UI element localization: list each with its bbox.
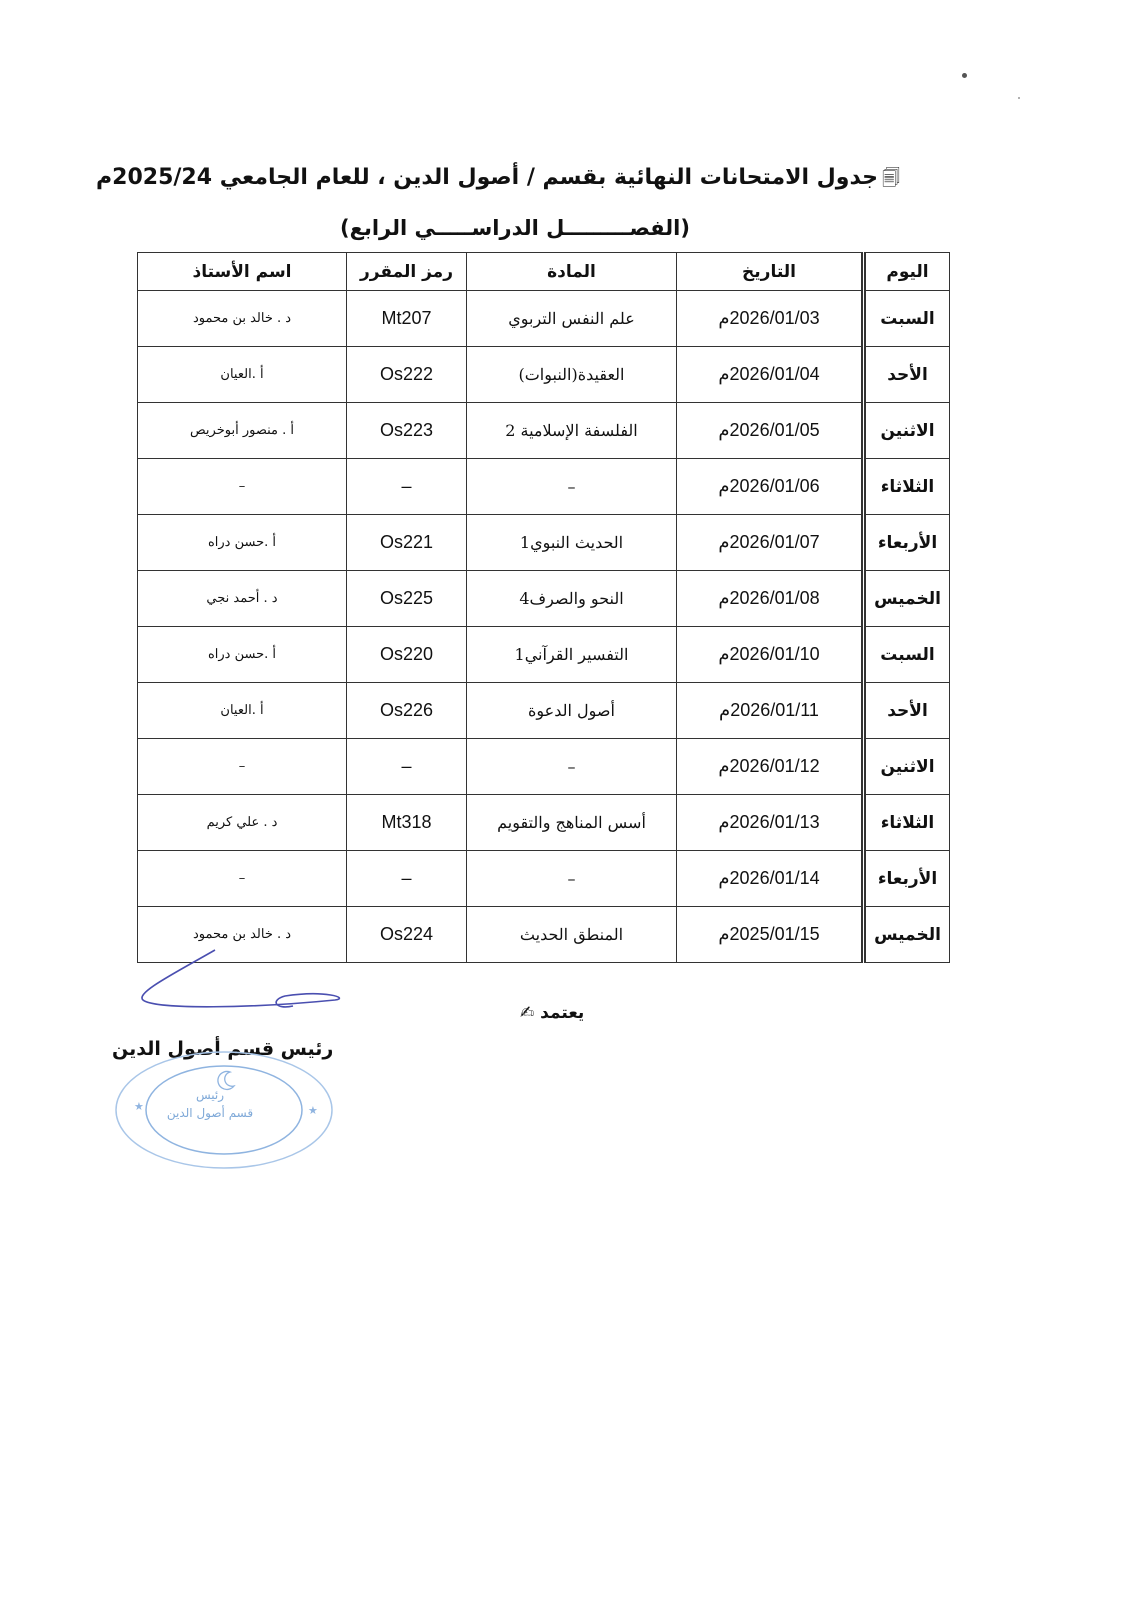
cell-teacher: أ .العيان xyxy=(138,347,347,403)
table-row: الاثنين2026/01/12م––– xyxy=(138,739,950,795)
cell-date: 2026/01/08م xyxy=(677,571,864,627)
cell-date: 2025/01/15م xyxy=(677,907,864,963)
cell-day: الأحد xyxy=(864,683,950,739)
table-row: الخميس2026/01/08مالنحو والصرف4Os225د . أ… xyxy=(138,571,950,627)
table-row: الأحد2026/01/04مالعقيدة(النبوات)Os222أ .… xyxy=(138,347,950,403)
svg-text:★: ★ xyxy=(134,1100,144,1113)
cell-teacher: أ . منصور أبوخريص xyxy=(138,403,347,459)
cell-course-code: – xyxy=(347,851,467,907)
cell-subject: – xyxy=(467,739,677,795)
cell-day: الاثنين xyxy=(864,403,950,459)
scan-speck xyxy=(962,73,967,78)
cell-date: 2026/01/03م xyxy=(677,291,864,347)
stamp-text-line-1: رئيس xyxy=(150,1088,270,1102)
cell-subject: علم النفس التربوي xyxy=(467,291,677,347)
cell-teacher: أ .حسن دراه xyxy=(138,627,347,683)
cell-day: السبت xyxy=(864,291,950,347)
semester-subtitle: (الفصـــــــــل الدراســـــي الرابع) xyxy=(130,216,900,240)
cell-course-code: – xyxy=(347,739,467,795)
cell-subject: أسس المناهج والتقويم xyxy=(467,795,677,851)
cell-teacher: – xyxy=(138,851,347,907)
cell-subject: – xyxy=(467,851,677,907)
cell-teacher: أ .حسن دراه xyxy=(138,515,347,571)
cell-course-code: Os221 xyxy=(347,515,467,571)
cell-course-code: Os226 xyxy=(347,683,467,739)
cell-date: 2026/01/12م xyxy=(677,739,864,795)
table-row: السبت2026/01/03معلم النفس التربويMt207د … xyxy=(138,291,950,347)
cell-day: الخميس xyxy=(864,907,950,963)
cell-course-code: Mt207 xyxy=(347,291,467,347)
table-row: الأحد2026/01/11مأصول الدعوةOs226أ .العيا… xyxy=(138,683,950,739)
cell-subject: المنطق الحديث xyxy=(467,907,677,963)
document-title: 🗐جدول الامتحانات النهائية بقسم / أصول ال… xyxy=(130,165,900,196)
cell-day: الأربعاء xyxy=(864,851,950,907)
table-header-row: اليوم التاريخ المادة رمز المقرر اسم الأس… xyxy=(138,253,950,291)
signature-scribble xyxy=(135,948,350,1018)
cell-subject: الفلسفة الإسلامية 2 xyxy=(467,403,677,459)
stamp-text-line-2: قسم أصول الدين xyxy=(150,1106,270,1120)
cell-teacher: د . خالد بن محمود xyxy=(138,291,347,347)
header-teacher: اسم الأستاذ xyxy=(138,253,347,291)
table-row: الثلاثاء2026/01/13مأسس المناهج والتقويمM… xyxy=(138,795,950,851)
approval-label: يعتمد ✍ xyxy=(520,1003,584,1023)
cell-day: الثلاثاء xyxy=(864,795,950,851)
cell-day: السبت xyxy=(864,627,950,683)
cell-course-code: Os224 xyxy=(347,907,467,963)
cell-subject: الحديث النبوي1 xyxy=(467,515,677,571)
header-date: التاريخ xyxy=(677,253,864,291)
header-day: اليوم xyxy=(864,253,950,291)
cell-course-code: Mt318 xyxy=(347,795,467,851)
cell-day: الاثنين xyxy=(864,739,950,795)
table-row: الأربعاء2026/01/07مالحديث النبوي1Os221أ … xyxy=(138,515,950,571)
header-course-code: رمز المقرر xyxy=(347,253,467,291)
table-row: الأربعاء2026/01/14م––– xyxy=(138,851,950,907)
scan-speck xyxy=(1018,97,1020,99)
cell-teacher: – xyxy=(138,459,347,515)
cell-course-code: – xyxy=(347,459,467,515)
cell-day: الأحد xyxy=(864,347,950,403)
cell-course-code: Os220 xyxy=(347,627,467,683)
cell-subject: التفسير القرآني1 xyxy=(467,627,677,683)
cell-date: 2026/01/10م xyxy=(677,627,864,683)
cell-date: 2026/01/14م xyxy=(677,851,864,907)
cell-course-code: Os225 xyxy=(347,571,467,627)
cell-date: 2026/01/04م xyxy=(677,347,864,403)
cell-day: الثلاثاء xyxy=(864,459,950,515)
cell-date: 2026/01/05م xyxy=(677,403,864,459)
writing-hand-icon: ✍ xyxy=(520,1003,534,1023)
cell-course-code: Os222 xyxy=(347,347,467,403)
cell-date: 2026/01/06م xyxy=(677,459,864,515)
cell-subject: – xyxy=(467,459,677,515)
header-subject: المادة xyxy=(467,253,677,291)
document-icon: 🗐 xyxy=(882,168,900,189)
cell-date: 2026/01/13م xyxy=(677,795,864,851)
approval-text: يعتمد xyxy=(540,1003,584,1023)
table-row: الاثنين2026/01/05مالفلسفة الإسلامية 2Os2… xyxy=(138,403,950,459)
cell-subject: العقيدة(النبوات) xyxy=(467,347,677,403)
table-row: الثلاثاء2026/01/06م––– xyxy=(138,459,950,515)
cell-teacher: د . أحمد نجي xyxy=(138,571,347,627)
exam-schedule-table: اليوم التاريخ المادة رمز المقرر اسم الأس… xyxy=(137,252,950,963)
cell-day: الأربعاء xyxy=(864,515,950,571)
cell-day: الخميس xyxy=(864,571,950,627)
document-title-text: جدول الامتحانات النهائية بقسم / أصول الد… xyxy=(96,165,878,190)
cell-teacher: د . علي كريم xyxy=(138,795,347,851)
cell-teacher: – xyxy=(138,739,347,795)
cell-subject: النحو والصرف4 xyxy=(467,571,677,627)
cell-date: 2026/01/07م xyxy=(677,515,864,571)
table-row: السبت2026/01/10مالتفسير القرآني1Os220أ .… xyxy=(138,627,950,683)
svg-text:★: ★ xyxy=(308,1104,318,1117)
cell-course-code: Os223 xyxy=(347,403,467,459)
cell-subject: أصول الدعوة xyxy=(467,683,677,739)
cell-date: 2026/01/11م xyxy=(677,683,864,739)
cell-teacher: أ .العيان xyxy=(138,683,347,739)
